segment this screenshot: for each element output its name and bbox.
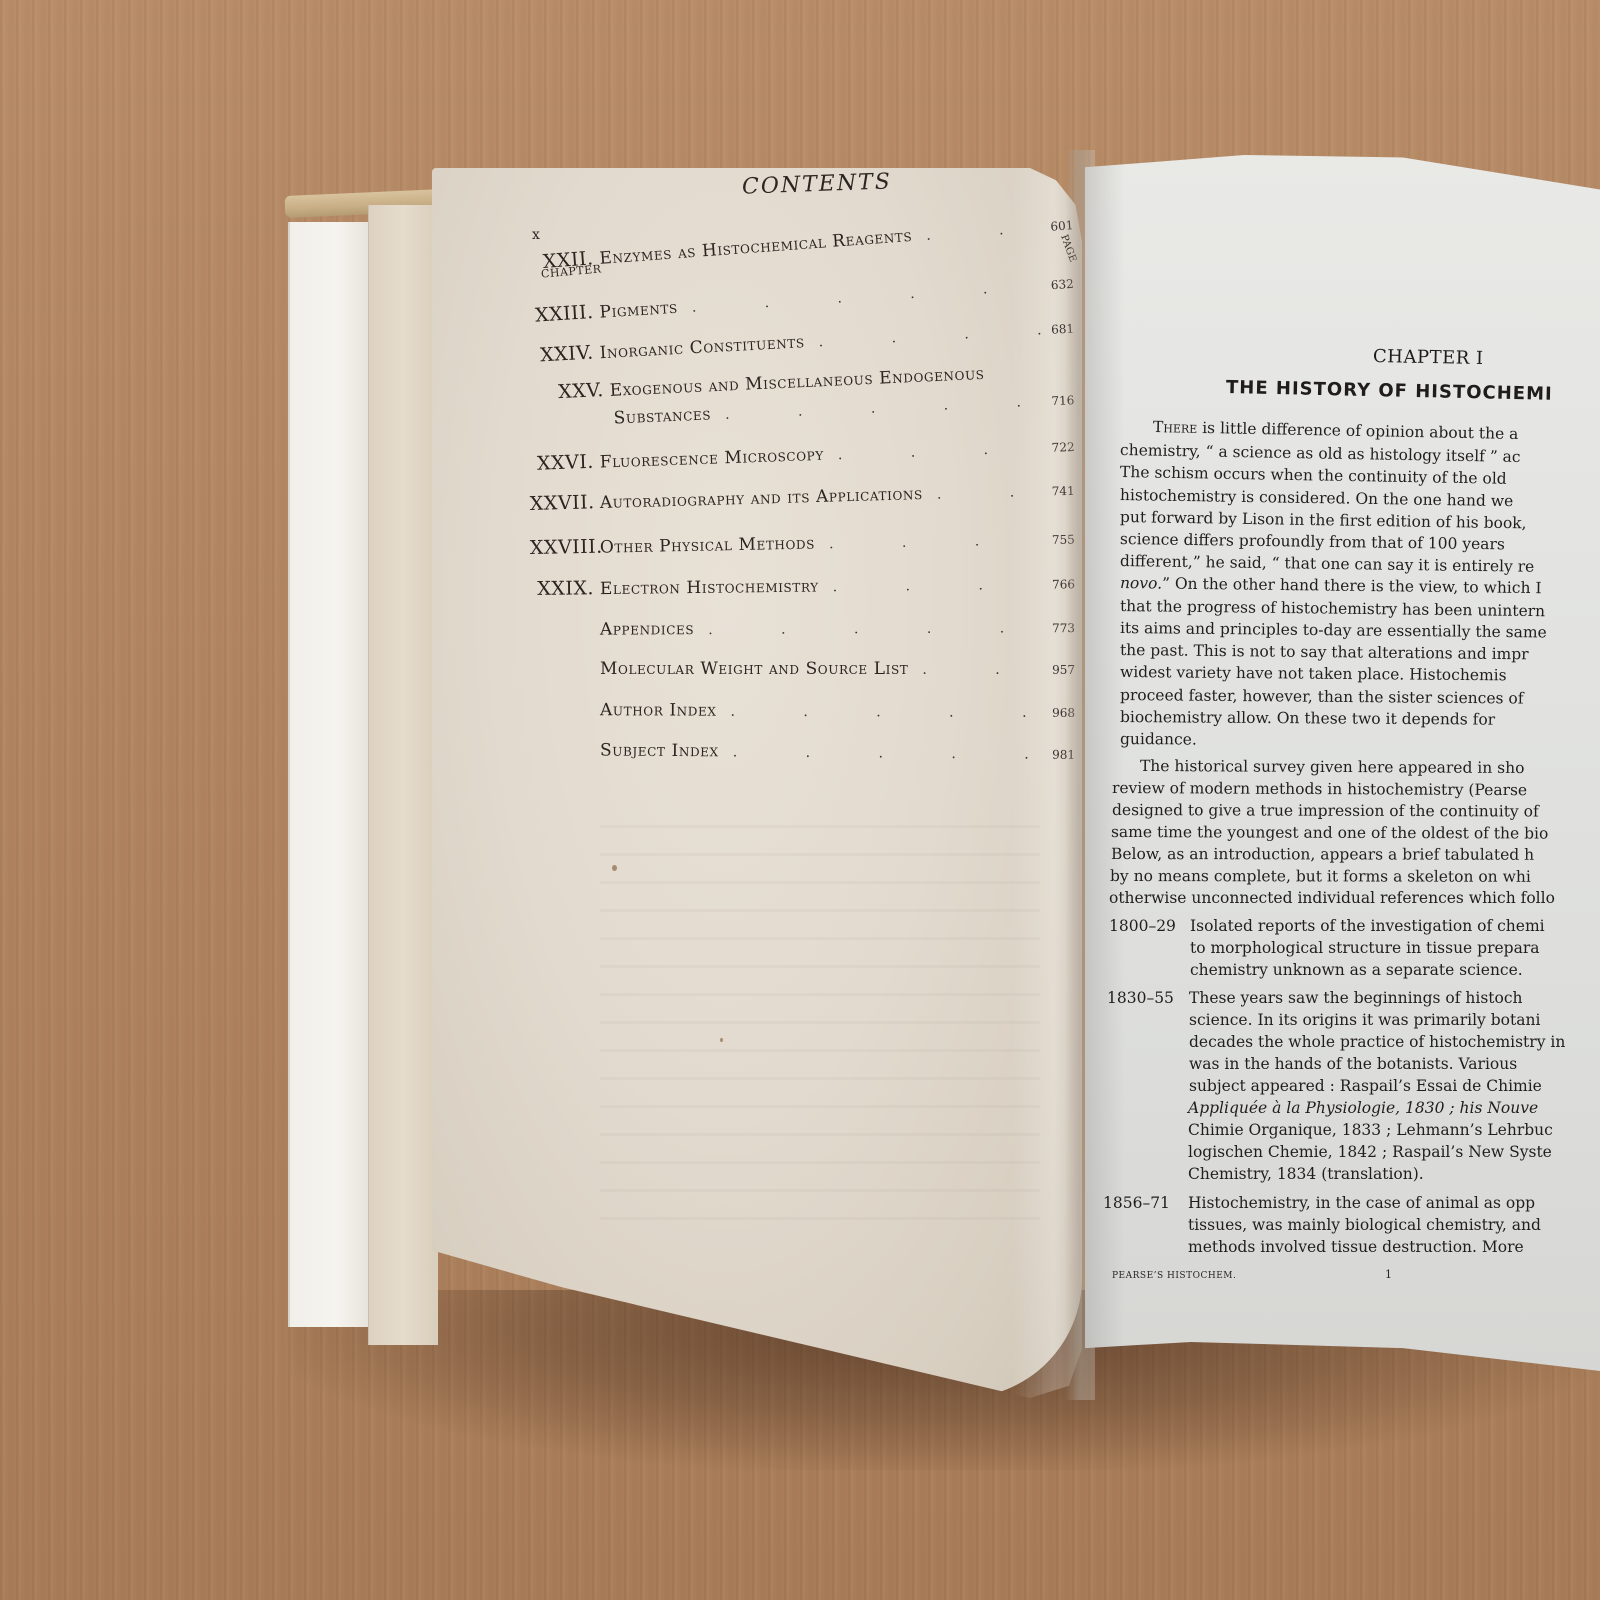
leader-dots: . . . . . . .	[694, 620, 1049, 638]
timeline-years: 1856–71	[1103, 1194, 1170, 1212]
toc-chapter-number: XXVIII.	[530, 536, 600, 559]
timeline-text-line: These years saw the beginnings of histoc…	[1189, 989, 1523, 1007]
body-text-line: biochemistry allow. On these two it depe…	[1120, 708, 1495, 729]
toc-chapter-title: Molecular Weight and Source List	[600, 659, 908, 679]
timeline-text-line: subject appeared : Raspail’s Essai de Ch…	[1189, 1077, 1542, 1095]
page-number-roman: x	[532, 227, 540, 243]
body-text-line: by no means complete, but it forms a ske…	[1110, 867, 1531, 886]
leader-dots: . . . . . . .	[923, 484, 1049, 504]
leader-dots: . . . . . . .	[719, 744, 1049, 762]
body-text-line: review of modern methods in histochemist…	[1112, 779, 1527, 799]
toc-chapter-title: Appendices	[600, 619, 694, 639]
toc-chapter-title: Pigments	[599, 298, 678, 323]
italic-word: novo.	[1120, 574, 1162, 593]
leader-dots: . . . . . . .	[824, 440, 1049, 464]
toc-chapter-number: XXVI.	[529, 451, 600, 475]
timeline-years: 1800–29	[1109, 917, 1176, 935]
toc-entry: Author Index . . . . . . . 968	[530, 700, 1075, 734]
toc-entry: Subject Index . . . . . . . 981	[530, 740, 1075, 776]
timeline-years: 1830–55	[1107, 989, 1174, 1007]
body-text-line: otherwise unconnected individual referen…	[1109, 889, 1555, 907]
chapter-heading: CHAPTER I	[1373, 346, 1484, 369]
timeline-text-line: chemistry unknown as a separate science.	[1190, 961, 1523, 979]
running-footer-title: PEARSE’S HISTOCHEM.	[1112, 1271, 1236, 1281]
timeline-text-line: Appliquée à la Physiologie, 1830 ; his N…	[1188, 1099, 1538, 1117]
show-through-text	[600, 800, 1040, 1220]
timeline-text-line: methods involved tissue destruction. Mor…	[1188, 1238, 1524, 1256]
toc-chapter-title: Fluorescence Microscopy	[599, 445, 824, 473]
toc-chapter-number: XXIII.	[529, 301, 600, 327]
timeline-text-line: science. In its origins it was primarily…	[1189, 1011, 1540, 1029]
toc-chapter-title: Other Physical Methods	[600, 534, 815, 558]
body-text-line: Below, as an introduction, appears a bri…	[1111, 845, 1534, 864]
body-text-line: designed to give a true impression of th…	[1112, 801, 1539, 820]
running-head-contents: CONTENTS	[742, 169, 893, 199]
toc-chapter-number: XXV.	[539, 379, 610, 404]
drop-word-small-caps: There	[1153, 418, 1198, 437]
toc-chapter-number: XXII.	[529, 247, 600, 274]
timeline-text-line: Histochemistry, in the case of animal as…	[1188, 1194, 1535, 1212]
body-text-line: same time the youngest and one of the ol…	[1111, 823, 1548, 843]
toc-chapter-title: Author Index	[600, 700, 717, 720]
toc-chapter-number: XXVII.	[530, 491, 601, 515]
toc-chapter-title: Subject Index	[600, 740, 719, 761]
timeline-text-line: to morphological structure in tissue pre…	[1190, 939, 1539, 957]
timeline-text-line: Isolated reports of the investigation of…	[1190, 917, 1545, 935]
body-text-line: proceed faster, however, than the sister…	[1120, 686, 1524, 708]
leader-dots: . . . . . . .	[815, 532, 1049, 552]
timeline-text-line: logischen Chemie, 1842 ; Raspail’s New S…	[1188, 1143, 1552, 1161]
leader-dots: . . . . . . .	[908, 662, 1049, 678]
toc-entry: Appendices . . . . . . . 773	[530, 617, 1075, 652]
toc-chapter-number: XXIX.	[530, 577, 600, 600]
toc-chapter-number: XXIV.	[529, 341, 600, 367]
foxing-spot	[612, 865, 617, 871]
body-text-line: widest variety have not taken place. His…	[1120, 663, 1507, 684]
toc-entry: Molecular Weight and Source List . . . .…	[530, 659, 1075, 691]
toc-chapter-title-continued: Substances	[599, 404, 711, 429]
book-cover-edge	[288, 222, 368, 1327]
page-number: 1	[1385, 1268, 1392, 1281]
timeline-text-line: was in the hands of the botanists. Vario…	[1189, 1055, 1517, 1073]
timeline-text-line: Chimie Organique, 1833 ; Lehmann’s Lehrb…	[1188, 1121, 1553, 1139]
body-text-line: guidance.	[1120, 730, 1197, 749]
leader-dots: . . . . . . .	[716, 704, 1049, 721]
foxing-spot	[720, 1038, 723, 1042]
toc-entry: XXIX. Electron Histochemistry . . . . . …	[530, 571, 1075, 610]
toc-chapter-title: Electron Histochemistry	[600, 576, 819, 599]
timeline-text-line: tissues, was mainly biological chemistry…	[1188, 1216, 1541, 1234]
timeline-text-line: decades the whole practice of histochemi…	[1189, 1033, 1565, 1051]
flyleaf-edge	[368, 205, 438, 1345]
leader-dots: . . . . . . .	[912, 219, 1048, 245]
body-text-line: The historical survey given here appeare…	[1140, 757, 1525, 777]
timeline-text-line: Chemistry, 1834 (translation).	[1188, 1165, 1424, 1183]
leader-dots: . . . . . . .	[819, 577, 1049, 596]
